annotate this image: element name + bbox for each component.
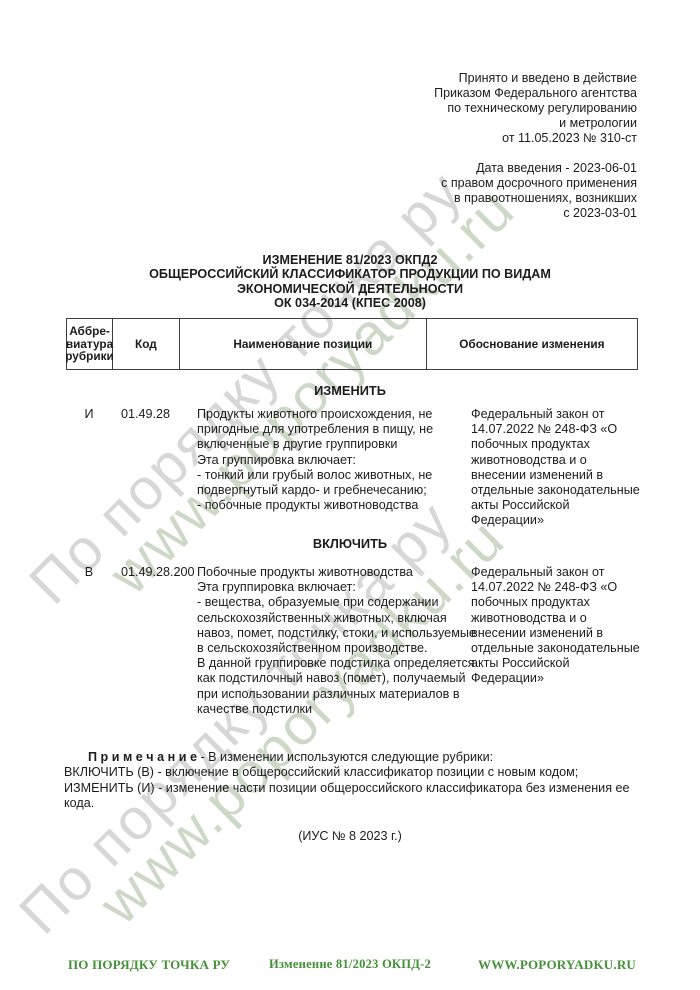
row-change-basis: Федеральный закон от 14.07.2022 № 248-ФЗ… [471, 407, 640, 529]
row-change-basis: Федеральный закон от 14.07.2022 № 248-ФЗ… [471, 565, 640, 687]
row-code: 01.49.28.200 [121, 565, 195, 580]
row-abbreviation: В [66, 565, 112, 580]
row-position-name: Продукты животного происхождения, не при… [197, 407, 433, 513]
document-page: По порядку точка ру www.poporyadku.ru По… [0, 0, 700, 990]
note-block: П р и м е ч а н и е - В изменении исполь… [64, 750, 644, 812]
section-heading-amend: ИЗМЕНИТЬ [0, 383, 700, 398]
table-header-row: Аббре- виатура рубрики Код Наименование … [66, 318, 638, 370]
row-code: 01.49.28 [121, 407, 170, 422]
note-label: П р и м е ч а н и е [88, 750, 197, 764]
section-heading-include: ВКЛЮЧИТЬ [0, 536, 700, 551]
document-title: ИЗМЕНЕНИЕ 81/2023 ОКПД2 ОБЩЕРОССИЙСКИЙ К… [0, 253, 700, 310]
column-header-basis: Обоснование изменения [427, 319, 637, 369]
row-position-name: Побочные продукты животноводства Эта гру… [197, 565, 476, 717]
column-header-name: Наименование позиции [180, 319, 427, 369]
footer-site-url: WWW.POPORYADKU.RU [478, 957, 636, 973]
column-header-abbreviation: Аббре- виатура рубрики [67, 319, 113, 369]
column-header-code: Код [113, 319, 180, 369]
introduction-date-block: Дата введения - 2023-06-01 с правом доср… [441, 161, 637, 221]
ius-reference: (ИУС № 8 2023 г.) [0, 829, 700, 843]
adoption-statement: Принято и введено в действие Приказом Фе… [434, 71, 637, 146]
row-abbreviation: И [66, 407, 112, 422]
